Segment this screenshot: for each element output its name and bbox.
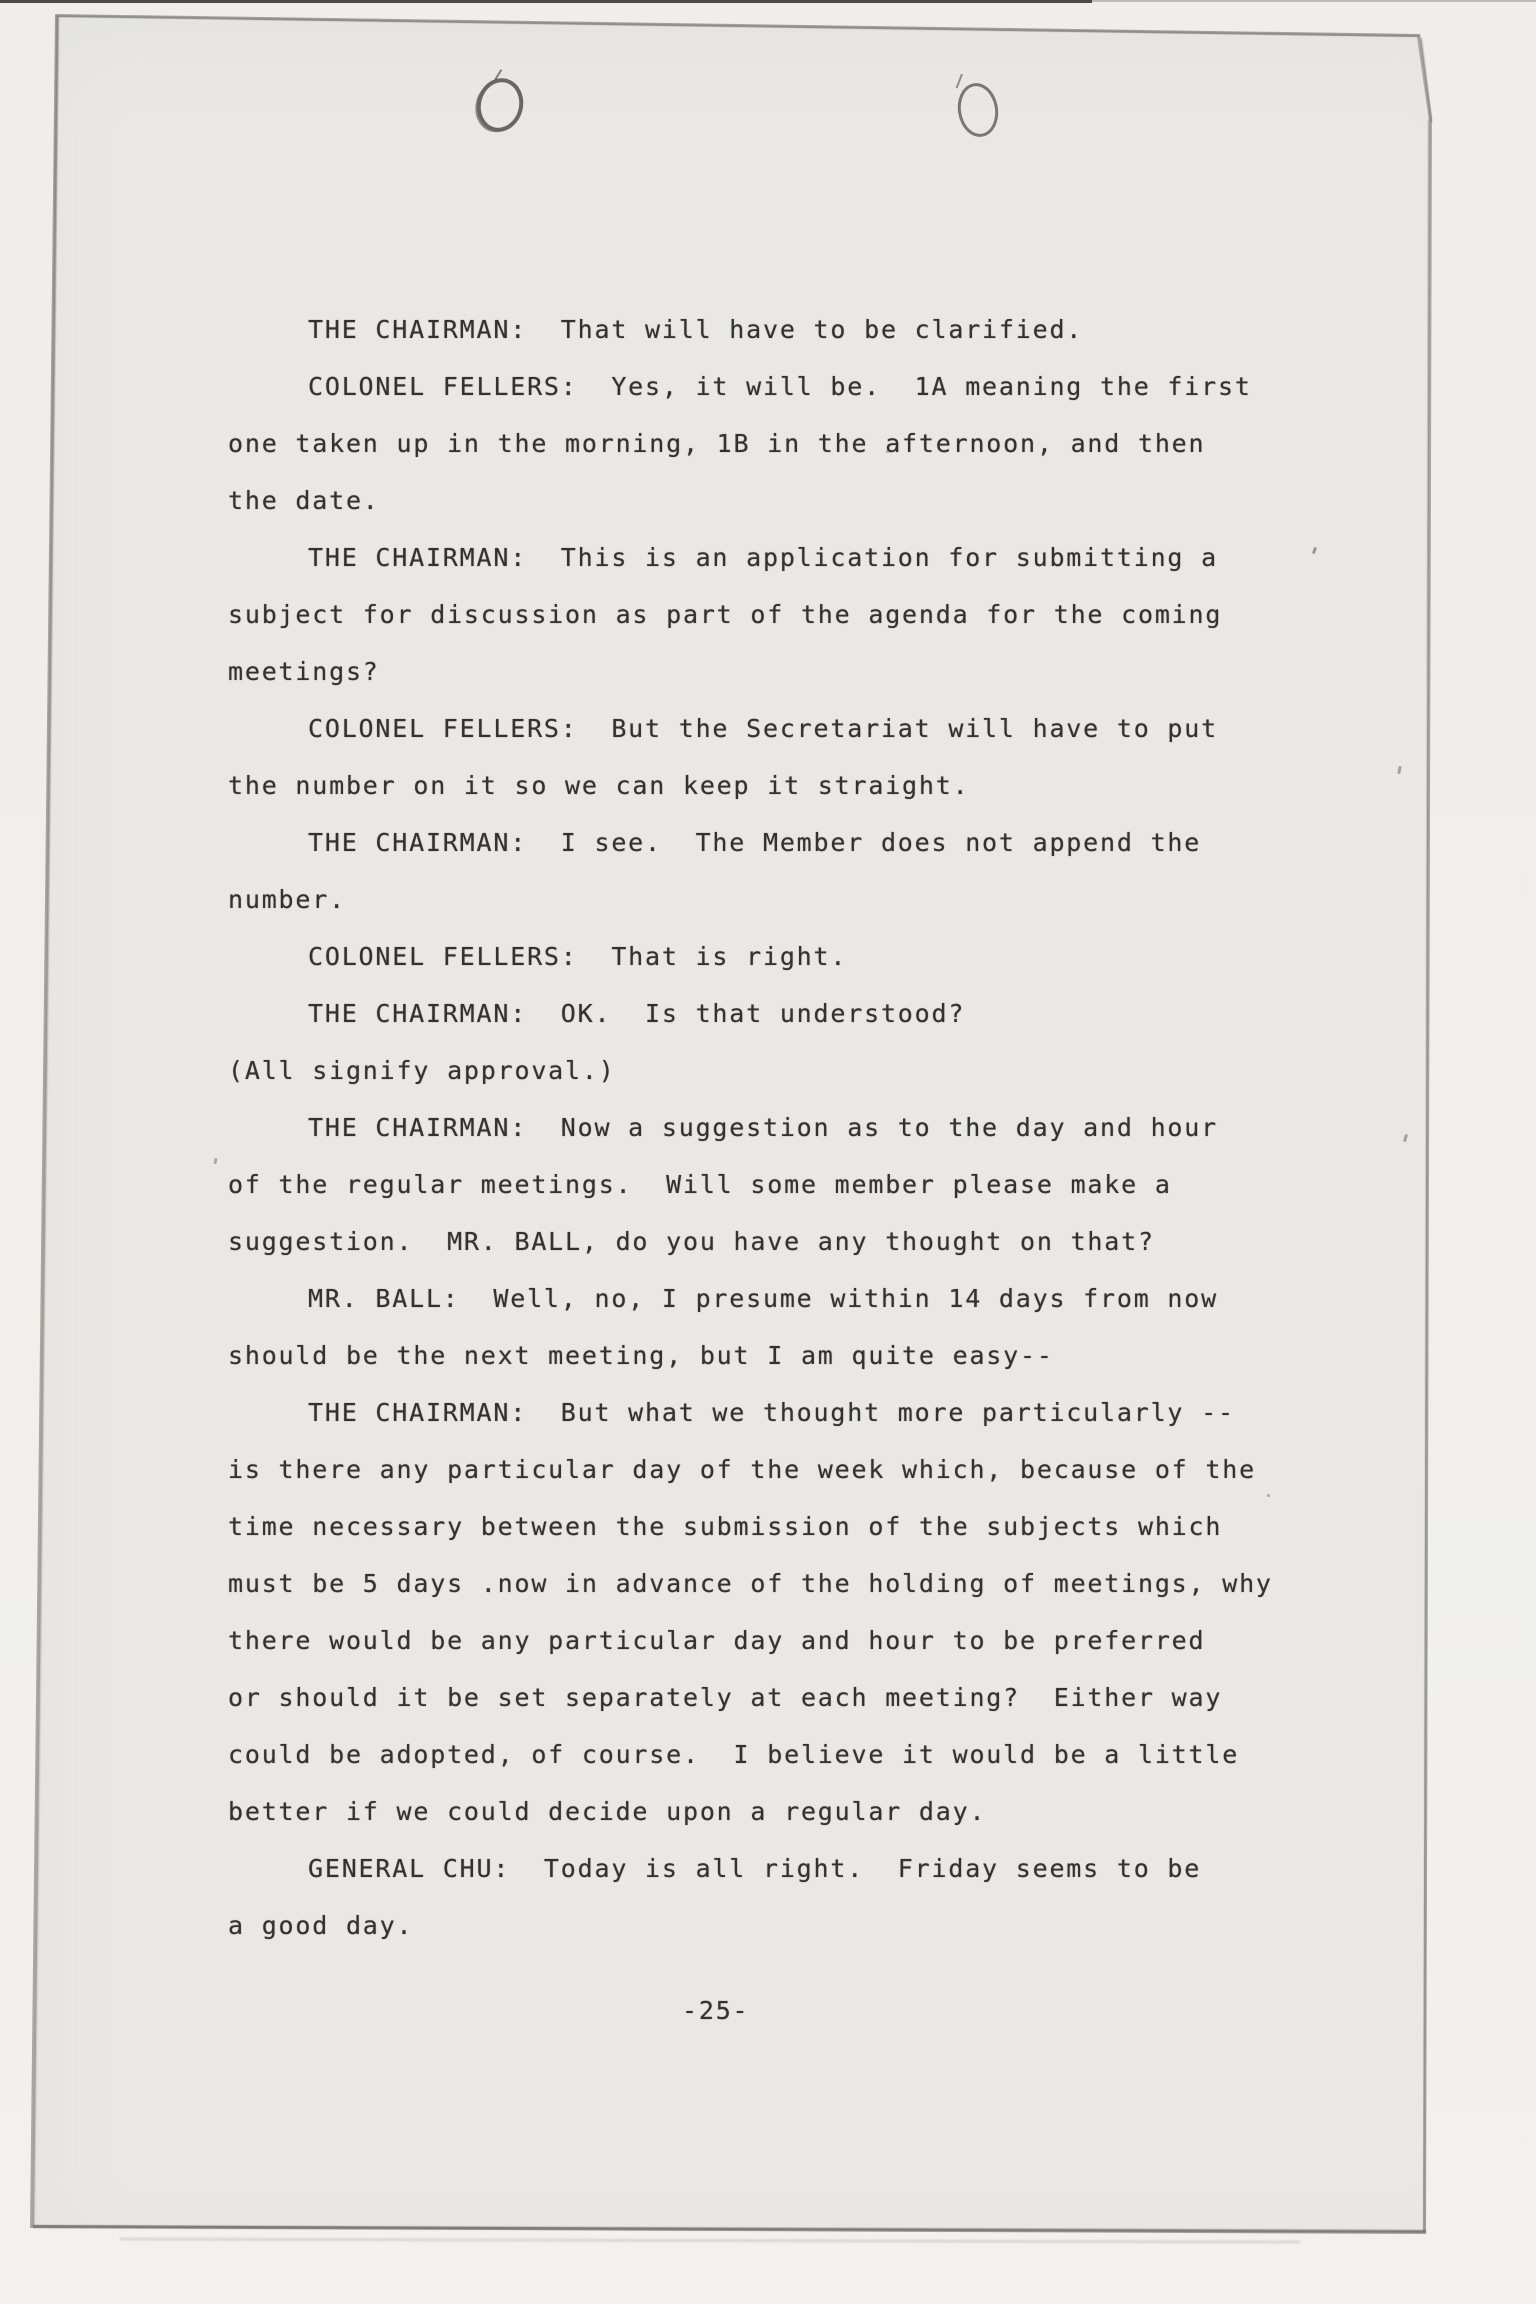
transcript-line: must be 5 days .now in advance of the ho… — [228, 1555, 1536, 1612]
transcript-line: one taken up in the morning, 1B in the a… — [228, 415, 1536, 472]
transcript-line: meetings? — [228, 643, 1536, 700]
transcript-line: there would be any particular day and ho… — [228, 1612, 1536, 1669]
transcript-line: COLONEL FELLERS: But the Secretariat wil… — [228, 700, 1536, 757]
transcript-line: is there any particular day of the week … — [228, 1441, 1536, 1498]
scan-top-band-light — [1092, 0, 1536, 2]
transcript-line: THE CHAIRMAN: OK. Is that understood? — [228, 985, 1536, 1042]
page-number: -25- — [682, 1982, 749, 2039]
transcript-line: GENERAL CHU: Today is all right. Friday … — [228, 1840, 1536, 1897]
transcript-line: suggestion. MR. BALL, do you have any th… — [228, 1213, 1536, 1270]
transcript-line: THE CHAIRMAN: Now a suggestion as to the… — [228, 1099, 1536, 1156]
transcript-line: could be adopted, of course. I believe i… — [228, 1726, 1536, 1783]
transcript-line: (All signify approval.) — [228, 1042, 1536, 1099]
transcript-line: a good day. — [228, 1897, 1536, 1954]
transcript-line: THE CHAIRMAN: This is an application for… — [228, 529, 1536, 586]
scanned-transcript-page: THE CHAIRMAN: That will have to be clari… — [0, 0, 1536, 2304]
transcript-line: the date. — [228, 472, 1536, 529]
transcript-line: number. — [228, 871, 1536, 928]
transcript-line: of the regular meetings. Will some membe… — [228, 1156, 1536, 1213]
transcript-line: the number on it so we can keep it strai… — [228, 757, 1536, 814]
transcript-line: COLONEL FELLERS: Yes, it will be. 1A mea… — [228, 358, 1536, 415]
transcript-line: subject for discussion as part of the ag… — [228, 586, 1536, 643]
transcript-line: better if we could decide upon a regular… — [228, 1783, 1536, 1840]
transcript-line: THE CHAIRMAN: That will have to be clari… — [228, 301, 1536, 358]
transcript-line: MR. BALL: Well, no, I presume within 14 … — [228, 1270, 1536, 1327]
scan-speck — [886, 450, 889, 453]
paper-bottom-shadow — [120, 2238, 1300, 2243]
transcript-line: time necessary between the submission of… — [228, 1498, 1536, 1555]
scan-speck — [1267, 1494, 1270, 1497]
scan-top-band — [0, 0, 1092, 3]
transcript-line: COLONEL FELLERS: That is right. — [228, 928, 1536, 985]
transcript-text-block: THE CHAIRMAN: That will have to be clari… — [0, 301, 1536, 1954]
transcript-line: or should it be set separately at each m… — [228, 1669, 1536, 1726]
transcript-line: THE CHAIRMAN: I see. The Member does not… — [228, 814, 1536, 871]
transcript-line: should be the next meeting, but I am qui… — [228, 1327, 1536, 1384]
transcript-line: THE CHAIRMAN: But what we thought more p… — [228, 1384, 1536, 1441]
